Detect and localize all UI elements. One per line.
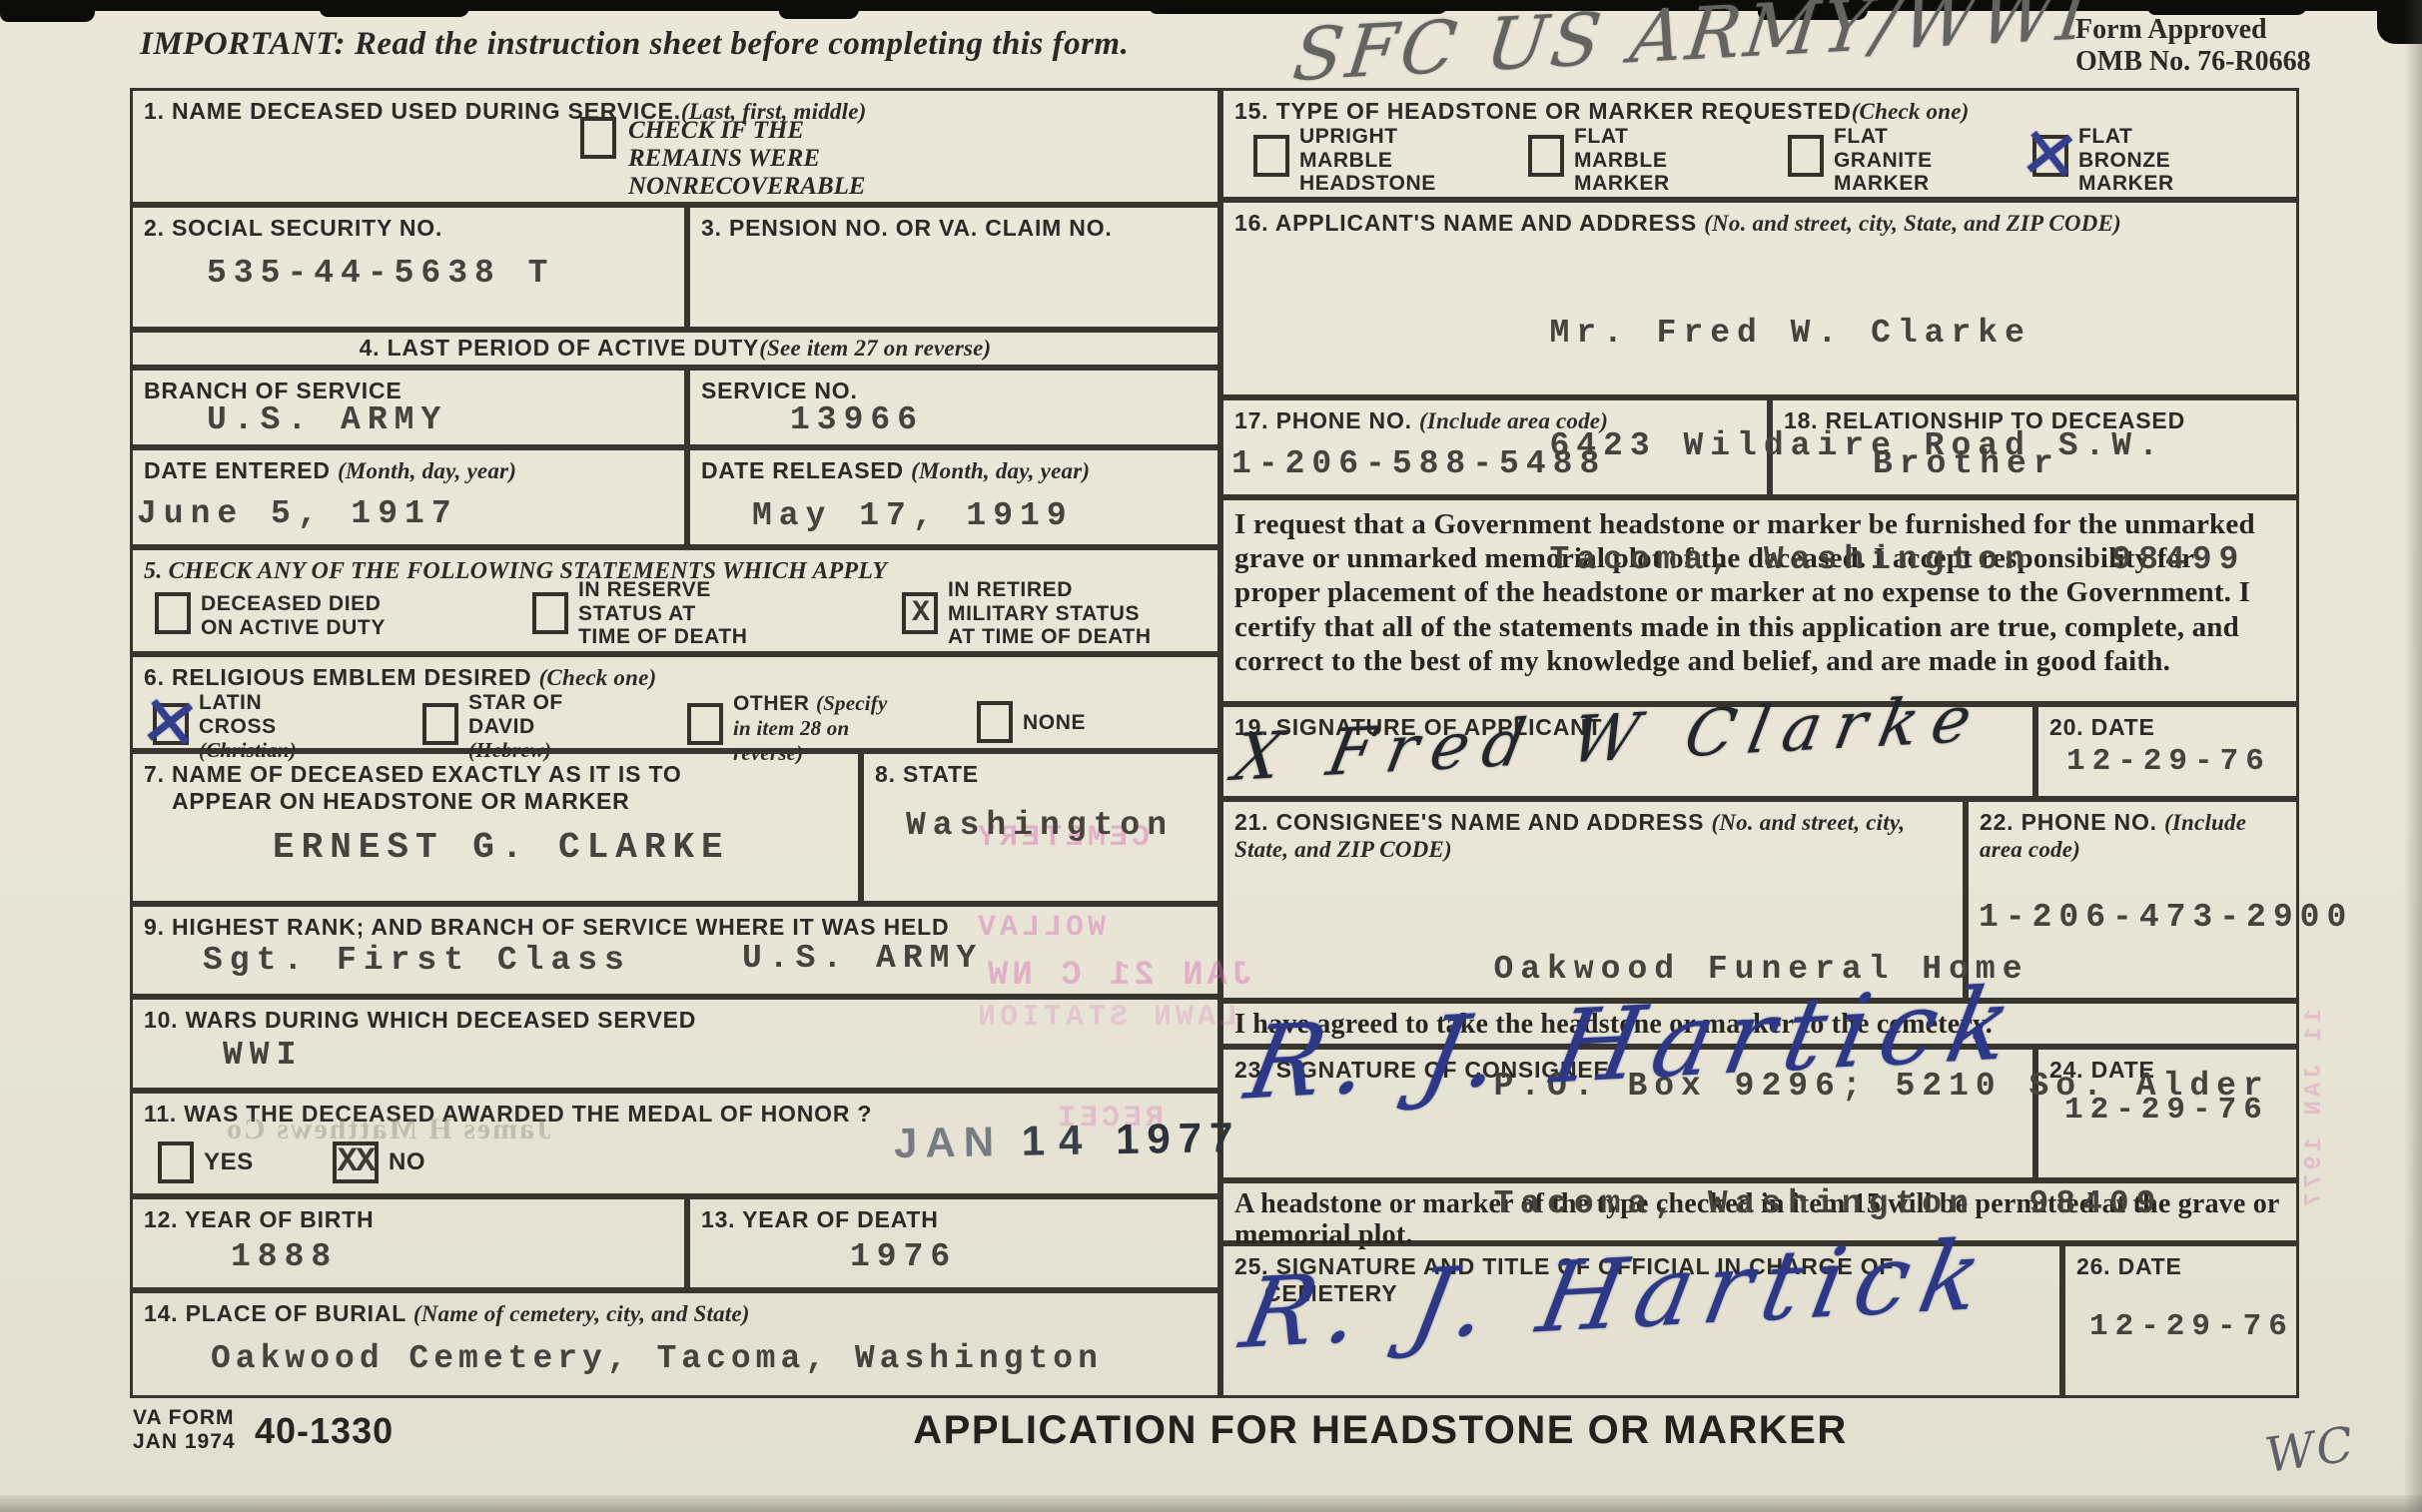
item6-label-note: (Check one)	[539, 665, 657, 690]
item12-label: 12. YEAR OF BIRTH	[144, 1206, 673, 1233]
received-date-stamp: JAN 14 1977	[894, 1114, 1241, 1167]
va-form-label: VA FORMJAN 1974	[133, 1406, 236, 1454]
important-prefix: IMPORTANT:	[140, 26, 346, 62]
stamp-day: 14	[1021, 1117, 1097, 1164]
checkbox-mark	[691, 707, 719, 741]
pen-x-mark: ✕	[2016, 116, 2084, 195]
latin-cross-checkbox[interactable]: ✕	[153, 703, 189, 745]
item4-label-note: (See item 27 on reverse)	[759, 335, 991, 362]
date-entered-note: (Month, day, year)	[338, 458, 516, 483]
none-emblem-checkbox[interactable]	[977, 701, 1013, 743]
branch-value[interactable]: U.S. ARMY	[207, 400, 447, 440]
retired-status-checkbox[interactable]: X	[902, 592, 938, 634]
date-entered-value[interactable]: June 5, 1917	[137, 494, 458, 534]
service-no-label: SERVICE NO.	[701, 378, 1207, 404]
item15-label-note: (Check one)	[1852, 99, 1970, 124]
star-of-david-checkbox[interactable]	[422, 703, 458, 745]
rank-value[interactable]: Sgt. First Class	[203, 941, 631, 981]
flat-marble-checkbox[interactable]	[1528, 135, 1564, 177]
option-label: FLATMARBLEMARKER	[1574, 125, 1670, 196]
field-date-20: 20. DATE 12-29-76	[2035, 704, 2299, 799]
field-date-entered: DATE ENTERED (Month, day, year) June 5, …	[130, 447, 687, 547]
option-label: DECEASED DIEDON ACTIVE DUTY	[201, 592, 386, 639]
no-label: NO	[389, 1149, 425, 1176]
burial-place-value[interactable]: Oakwood Cemetery, Tacoma, Washington	[211, 1339, 1103, 1379]
option-label: FLATGRANITEMARKER	[1834, 125, 1933, 196]
important-notice: IMPORTANT: Read the instruction sheet be…	[140, 26, 1129, 62]
year-birth-value[interactable]: 1888	[231, 1237, 338, 1277]
stamp-year: 1977	[1116, 1114, 1241, 1162]
item14-label: 14. PLACE OF BURIAL	[144, 1300, 413, 1326]
paper-bottom-edge	[0, 1495, 2422, 1512]
option-reserve-status[interactable]: IN RESERVESTATUS ATTIME OF DEATH	[532, 578, 748, 649]
yes-label: YES	[204, 1149, 254, 1176]
headstone-name-value[interactable]: ERNEST G. CLARKE	[273, 826, 730, 869]
flat-bronze-checkbox[interactable]: ✕	[2032, 135, 2068, 177]
item16-label: 16. APPLICANT'S NAME AND ADDRESS	[1234, 210, 1704, 236]
field-place-of-burial: 14. PLACE OF BURIAL (Name of cemetery, c…	[130, 1290, 1220, 1398]
medal-yes-checkbox[interactable]	[158, 1141, 194, 1183]
reserve-status-checkbox[interactable]	[532, 592, 568, 634]
date20-value[interactable]: 12-29-76	[2066, 743, 2271, 780]
option-died-active-duty[interactable]: DECEASED DIEDON ACTIVE DUTY	[155, 592, 386, 639]
field-name-on-headstone: 7. NAME OF DECEASED EXACTLY AS IT IS TOA…	[130, 751, 861, 904]
option-flat-granite[interactable]: FLATGRANITEMARKER	[1788, 125, 1933, 196]
item2-label: 2. SOCIAL SECURITY NO.	[144, 215, 673, 242]
field-consignee-name-address: 21. CONSIGNEE'S NAME AND ADDRESS (No. an…	[1220, 799, 1966, 1001]
field-headstone-type: 15. TYPE OF HEADSTONE OR MARKER REQUESTE…	[1220, 88, 2299, 200]
jan21-stamp-bleedthrough: JAN 21 C NW	[984, 951, 1251, 1002]
field-religious-emblem: 6. RELIGIOUS EMBLEM DESIRED (Check one) …	[130, 654, 1220, 751]
applicant-phone-value[interactable]: 1-206-588-5488	[1231, 444, 1606, 484]
omb-number: OMB No. 76-R0668	[2075, 46, 2405, 78]
checkbox-mark	[536, 596, 564, 630]
checkbox-mark	[1532, 139, 1560, 173]
field-statements-which-apply: 5. CHECK ANY OF THE FOLLOWING STATEMENTS…	[130, 547, 1220, 654]
form-number: 40-1330	[255, 1410, 394, 1452]
checkbox-mark: X	[906, 596, 934, 630]
torn-edge-fragment	[2147, 0, 2307, 15]
rank-branch-value[interactable]: U.S. ARMY	[742, 939, 983, 979]
typed-bleedthrough: James H Matthews Co	[225, 1107, 551, 1151]
item3-label: 3. PENSION NO. OR VA. CLAIM NO.	[701, 215, 1207, 242]
option-upright-marble[interactable]: UPRIGHTMARBLEHEADSTONE	[1253, 125, 1436, 196]
form-approved-block: Form Approved OMB No. 76-R0668	[2075, 14, 2405, 78]
item22-label: 22. PHONE NO.	[1980, 809, 2164, 835]
option-label: IN RESERVESTATUS ATTIME OF DEATH	[578, 578, 748, 649]
field-year-of-death: 13. YEAR OF DEATH 1976	[687, 1196, 1220, 1290]
option-label: FLATBRONZEMARKER	[2078, 125, 2174, 196]
nonrecoverable-checkbox-mark	[584, 121, 612, 155]
item14-label-note: (Name of cemetery, city, and State)	[413, 1301, 750, 1326]
wars-value[interactable]: WWI	[223, 1036, 303, 1076]
year-death-value[interactable]: 1976	[850, 1237, 957, 1277]
field-year-of-birth: 12. YEAR OF BIRTH 1888	[130, 1196, 687, 1290]
torn-edge-fragment	[779, 0, 859, 19]
nonrecoverable-checkbox[interactable]	[580, 117, 616, 159]
field-pension-claim-no: 3. PENSION NO. OR VA. CLAIM NO.	[687, 205, 1220, 330]
option-label: IN RETIREDMILITARY STATUSAT TIME OF DEAT…	[948, 578, 1152, 649]
pen-x-mark: ✕	[136, 684, 205, 763]
item20-label: 20. DATE	[2049, 714, 2285, 741]
handwritten-initials: WC	[2262, 1416, 2359, 1484]
field-branch-of-service: BRANCH OF SERVICE U.S. ARMY	[130, 368, 687, 447]
nonrecoverable-label: CHECK IF THE REMAINS WERE NONRECOVERABLE	[628, 117, 866, 201]
item15-label: 15. TYPE OF HEADSTONE OR MARKER REQUESTE…	[1234, 98, 1852, 124]
item16-label-note: (No. and street, city, State, and ZIP CO…	[1704, 211, 2121, 236]
date-released-value[interactable]: May 17, 1919	[752, 496, 1074, 536]
option-label: UPRIGHTMARBLEHEADSTONE	[1299, 125, 1436, 196]
field-last-period-active-duty: 4. LAST PERIOD OF ACTIVE DUTY (See item …	[130, 330, 1220, 368]
torn-edge-fragment	[320, 0, 469, 17]
option-none-emblem[interactable]: NONE	[977, 701, 1086, 743]
scanned-va-form-40-1330: IMPORTANT: Read the instruction sheet be…	[0, 0, 2422, 1512]
field-social-security-no: 2. SOCIAL SECURITY NO. 535-44-5638 T	[130, 205, 687, 330]
form-approved-label: Form Approved	[2075, 14, 2405, 46]
upright-marble-checkbox[interactable]	[1253, 135, 1289, 177]
field-date-released: DATE RELEASED (Month, day, year) May 17,…	[687, 447, 1220, 547]
date-released-note: (Month, day, year)	[911, 458, 1090, 483]
date26-value[interactable]: 12-29-76	[2089, 1308, 2294, 1345]
field-service-no: SERVICE NO. 13966	[687, 368, 1220, 447]
option-retired-status[interactable]: X IN RETIREDMILITARY STATUSAT TIME OF DE…	[902, 578, 1152, 649]
stamp-month: JAN	[894, 1118, 1003, 1166]
torn-edge-fragment	[0, 0, 95, 22]
field-applicant-name-address: 16. APPLICANT'S NAME AND ADDRESS (No. an…	[1220, 200, 2299, 397]
checkbox-mark	[1792, 139, 1820, 173]
item7-label: 7. NAME OF DECEASED EXACTLY AS IT IS TOA…	[144, 761, 847, 815]
item13-label: 13. YEAR OF DEATH	[701, 1206, 1207, 1233]
side-stamp-bleedthrough: 11 JAN 1977	[2297, 1009, 2333, 1210]
flat-granite-checkbox[interactable]	[1788, 135, 1824, 177]
relationship-value[interactable]: Brother	[1873, 444, 2060, 484]
consignee-phone-value[interactable]: 1-206-473-2900	[1979, 898, 2353, 938]
checkbox-mark	[159, 596, 187, 630]
checkbox-mark	[1257, 139, 1285, 173]
option-flat-marble[interactable]: FLATMARBLEMARKER	[1528, 125, 1670, 196]
important-text: Read the instruction sheet before comple…	[346, 26, 1129, 62]
checkbox-mark	[426, 707, 454, 741]
died-active-duty-checkbox[interactable]	[155, 592, 191, 634]
option-flat-bronze[interactable]: ✕ FLATBRONZEMARKER	[2032, 125, 2174, 196]
option-label: NONE	[1023, 711, 1086, 735]
item4-label: 4. LAST PERIOD OF ACTIVE DUTY	[360, 335, 760, 362]
service-no-value[interactable]: 13966	[790, 400, 924, 440]
date-released-label: DATE RELEASED	[701, 457, 911, 483]
state-value[interactable]: Washington	[906, 806, 1174, 846]
other-emblem-checkbox[interactable]	[687, 703, 723, 745]
pencil-annotation: SFC US ARMY/WWI	[1289, 0, 2094, 91]
paper-right-edge	[2404, 0, 2422, 1512]
date-entered-label: DATE ENTERED	[144, 457, 338, 483]
checkbox-mark	[162, 1145, 190, 1179]
form-title: APPLICATION FOR HEADSTONE OR MARKER	[913, 1408, 1848, 1453]
social-security-value[interactable]: 535-44-5638 T	[207, 254, 554, 294]
field-name-deceased: 1. NAME DECEASED USED DURING SERVICE.(La…	[130, 88, 1220, 205]
checkbox-mark	[981, 705, 1009, 739]
